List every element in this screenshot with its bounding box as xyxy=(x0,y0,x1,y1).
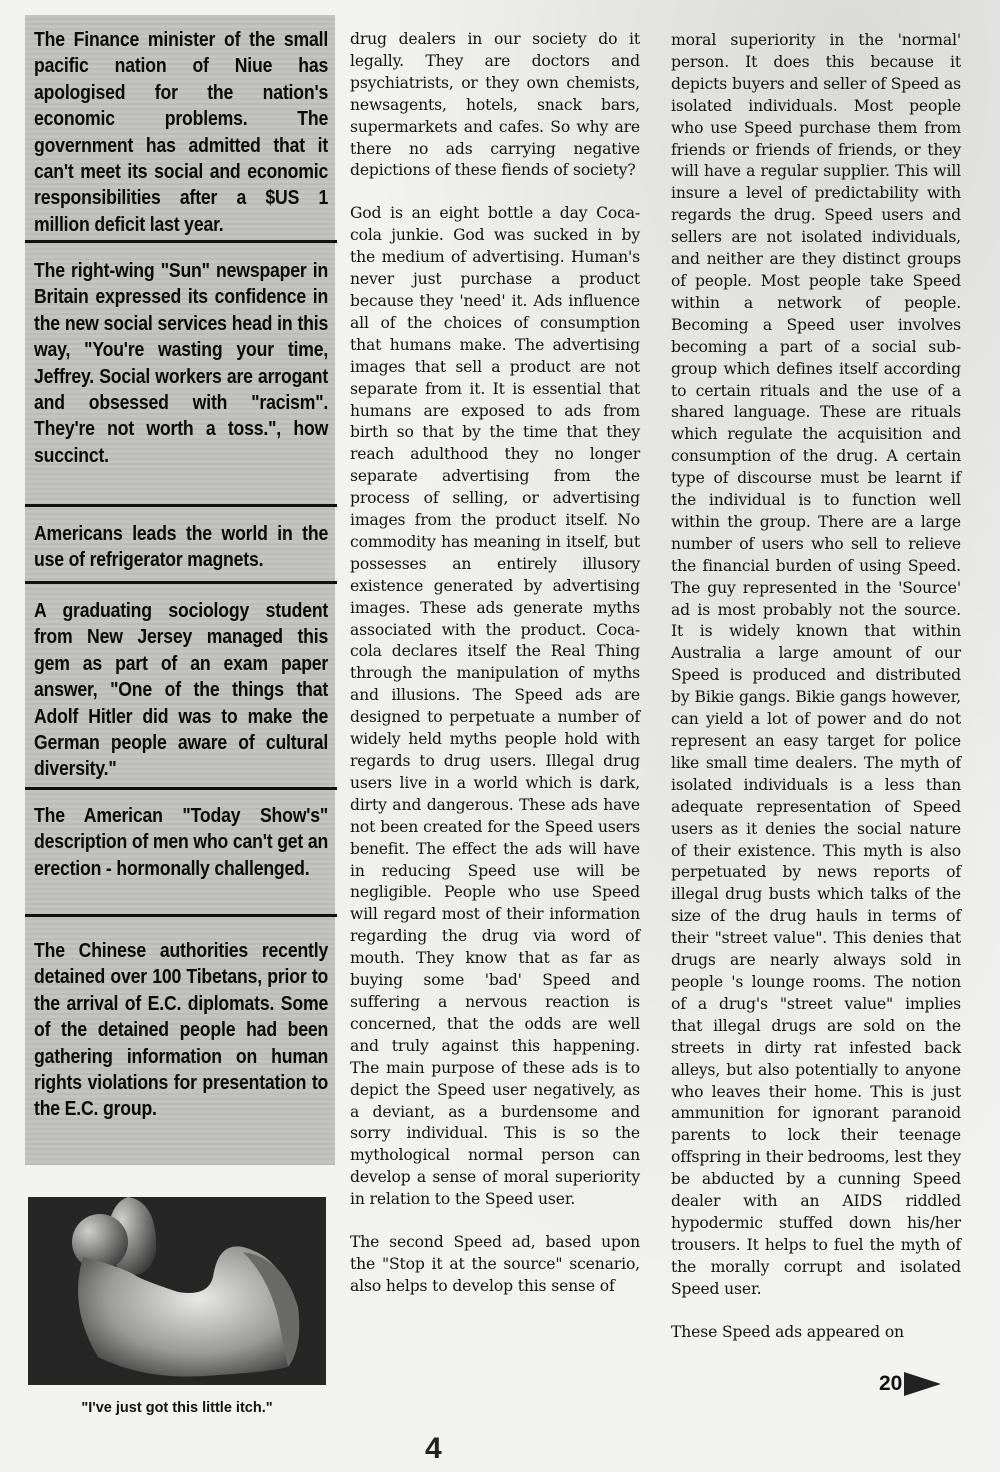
news-brief-sun-newspaper: The right-wing "Sun" newspaper in Britai… xyxy=(34,258,328,469)
brief-divider xyxy=(25,787,337,790)
news-brief-sociology-student: A graduating sociology student from New … xyxy=(34,598,328,783)
article-paragraph: moral superiority in the 'normal' person… xyxy=(671,30,961,1301)
continued-page-number: 20 xyxy=(879,1372,902,1396)
arrow-right-icon xyxy=(904,1372,941,1396)
news-brief-refrigerator-magnets: Americans leads the world in the use of … xyxy=(34,521,328,574)
brief-divider xyxy=(25,240,337,243)
page-number: 4 xyxy=(425,1432,442,1466)
article-column-right: moral superiority in the 'normal' person… xyxy=(671,30,961,1343)
brief-divider xyxy=(25,504,337,507)
article-paragraph: The second Speed ad, based upon the "Sto… xyxy=(350,1232,640,1298)
news-brief-tibetans: The Chinese authorities recently detaine… xyxy=(34,938,328,1123)
brief-divider xyxy=(25,581,337,584)
brief-divider xyxy=(25,914,337,917)
article-column-middle: drug dealers in our society do it legall… xyxy=(350,29,640,1298)
news-brief-niue: The Finance minister of the small pacifi… xyxy=(34,27,328,238)
article-paragraph: drug dealers in our society do it legall… xyxy=(350,29,640,182)
sculpture-photo xyxy=(28,1197,326,1385)
photo-caption: "I've just got this little itch." xyxy=(0,1400,354,1416)
article-paragraph: These Speed ads appeared on xyxy=(671,1322,961,1344)
article-paragraph: God is an eight bottle a day Coca-cola j… xyxy=(350,203,640,1211)
news-brief-today-show: The American "Today Show's" description … xyxy=(34,803,328,882)
continued-on-page-marker: 20 xyxy=(879,1372,941,1396)
reclining-figure-image xyxy=(28,1197,326,1385)
